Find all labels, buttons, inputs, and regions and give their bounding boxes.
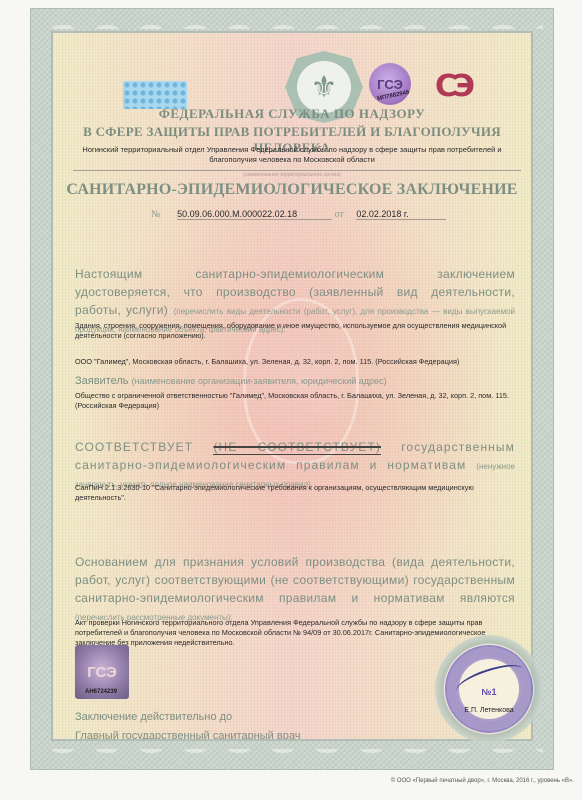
section-basis: Основанием для признания условий произво… — [75, 553, 515, 625]
hologram-seal-number: МП7882946 — [377, 90, 410, 103]
conformity-status: СООТВЕТСТВУЕТ — [75, 440, 193, 454]
hologram-seal-icon: ГСЭ МП7882946 — [369, 63, 411, 105]
applicant-label: Заявитель — [75, 375, 129, 387]
date-label: от — [335, 209, 344, 220]
hologram-sticker-number: АН6724239 — [85, 689, 117, 695]
certificate-body: ⚜ ГСЭ МП7882946 СЭ ФЕДЕРАЛЬНАЯ СЛУЖБА ПО… — [51, 31, 533, 741]
stamp-number: №1 — [435, 687, 543, 697]
number-label: № — [151, 209, 161, 220]
object-address: ООО "Галимед", Московская область, г. Ба… — [75, 357, 515, 367]
document-number: 50.09.06.000.М.000022.02.18 — [177, 209, 332, 220]
hologram-sticker-icon: ГСЭ АН6724239 — [75, 645, 129, 699]
hologram-sticker-label: ГСЭ — [87, 664, 117, 681]
hologram-strip-icon — [123, 81, 187, 109]
department-underline — [73, 170, 521, 171]
printer-imprint: © ООО «Первый печатный двор», г. Москва,… — [391, 778, 574, 784]
applicant-hint: (наименование организации-заявителя, юри… — [132, 376, 387, 386]
certificate-sheet: ⚜ ГСЭ МП7882946 СЭ ФЕДЕРАЛЬНАЯ СЛУЖБА ПО… — [30, 8, 554, 770]
document-number-row: № 50.09.06.000.М.000022.02.18 от 02.02.2… — [151, 209, 446, 220]
basis-value: Акт проверки Ногинского территориального… — [75, 618, 515, 648]
activity-value: Здания, строения, сооружения, помещения,… — [75, 321, 515, 341]
official-stamp-icon: №1 Е.П. Летенкова — [435, 635, 543, 743]
chief-doctor-title: Главный государственный санитарный врач — [75, 730, 300, 741]
document-date: 02.02.2018 г. — [356, 209, 446, 220]
conformity-value: СанПиН 2.1.3.2630-10 "Санитарно-эпидемио… — [75, 483, 515, 503]
document-title: САНИТАРНО-ЭПИДЕМИОЛОГИЧЕСКОЕ ЗАКЛЮЧЕНИЕ — [53, 181, 531, 199]
department-caption: (наименование территориального органа) — [53, 172, 531, 178]
valid-until-label: Заключение действительно до — [75, 711, 232, 723]
signer-name: Е.П. Летенкова — [435, 707, 543, 714]
basis-lead: Основанием для признания условий произво… — [75, 555, 515, 605]
guilloche-border-top — [41, 15, 543, 29]
conformity-struck: (НЕ СООТВЕТСТВУЕТ) — [213, 440, 381, 455]
department-name: Ногинский территориальный отдел Управлен… — [71, 145, 513, 165]
se-logo-icon: СЭ — [435, 69, 471, 104]
applicant-heading: Заявитель (наименование организации-заяв… — [75, 375, 515, 387]
guilloche-border-bottom — [41, 749, 543, 763]
org-name-line1: ФЕДЕРАЛЬНАЯ СЛУЖБА ПО НАДЗОРУ — [53, 106, 531, 122]
hologram-seal-label: ГСЭ — [377, 77, 403, 92]
applicant-value: Общество с ограниченной ответственностью… — [75, 391, 515, 411]
